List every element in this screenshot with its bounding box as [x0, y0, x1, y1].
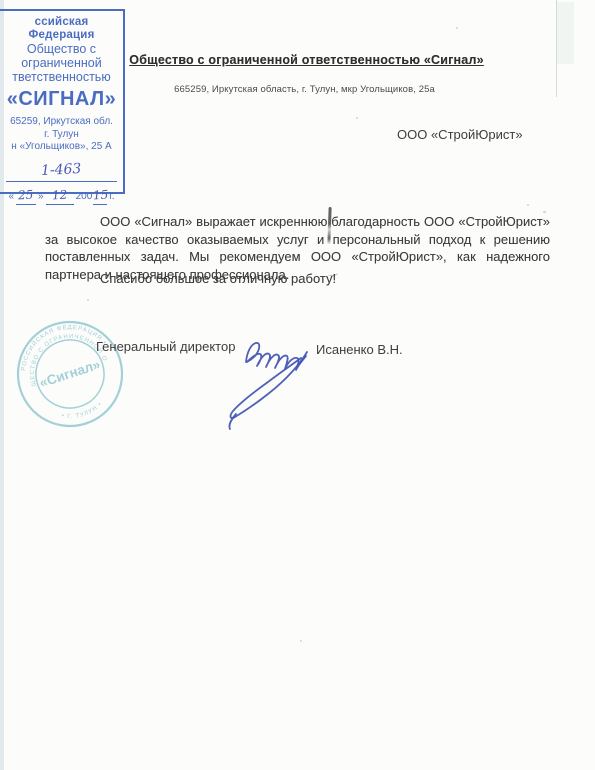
scan-speck	[456, 27, 458, 29]
date-month-field: 12	[46, 188, 74, 205]
scan-speck	[527, 204, 529, 206]
stamp-federation-line: ссийская Федерация	[2, 16, 121, 42]
date-suffix: г.	[109, 190, 114, 204]
stamp-llc-line-1: Общество с	[2, 42, 121, 56]
recipient-name: ООО «СтройЮрист»	[397, 127, 523, 142]
svg-text:• Г. ТУЛУН •: • Г. ТУЛУН •	[59, 400, 105, 424]
paper-fold-halo	[557, 2, 574, 64]
scan-speck	[87, 299, 89, 301]
stamp-llc-line-3: тветственностью	[2, 70, 121, 84]
date-day-field: 25	[16, 188, 36, 205]
handwritten-number: 1-463	[41, 160, 82, 179]
letterhead-address: 665259, Иркутская область, г. Тулун, мкр…	[174, 84, 435, 95]
stamp-address-line-3: н «Угольщиков», 25 А	[2, 141, 121, 154]
stamp-date-line: « 25 » 12 200 15 г.	[2, 188, 121, 205]
stamp-company-name: «СИГНАЛ»	[2, 87, 121, 112]
date-quote-close: »	[38, 190, 44, 204]
handwritten-day: 25	[18, 187, 34, 202]
handwritten-signature	[215, 330, 335, 435]
seal-ring-text-bottom: • Г. ТУЛУН •	[59, 400, 105, 424]
date-year-field: 15	[93, 188, 107, 205]
company-seal: РОССИЙСКАЯ ФЕДЕРАЦИЯ • ОБЩЕСТВО С ОГРАНИ…	[10, 314, 130, 434]
letterhead-title: Общество с ограниченной ответственностью…	[129, 53, 483, 67]
scan-speck	[356, 117, 358, 119]
seal-center-text: «Сигнал»	[38, 357, 102, 391]
corner-stamp: ссийская Федерация Общество с ограниченн…	[0, 9, 125, 194]
stamp-address-line-2: г. Тулун	[2, 129, 121, 142]
stamp-llc-line-2: ограниченной	[2, 56, 121, 70]
date-year-printed: 200	[76, 190, 93, 204]
letter-paragraph-2: Спасибо большое за отличную работу!	[45, 270, 550, 288]
stamp-outgoing-number: 1-463	[6, 161, 117, 182]
date-quote-open: «	[8, 190, 14, 204]
handwritten-year: 15	[93, 187, 109, 202]
handwritten-month: 12	[52, 187, 68, 202]
scan-speck	[300, 640, 302, 642]
stamp-address-line-1: 65259, Иркутская обл.	[2, 116, 121, 129]
